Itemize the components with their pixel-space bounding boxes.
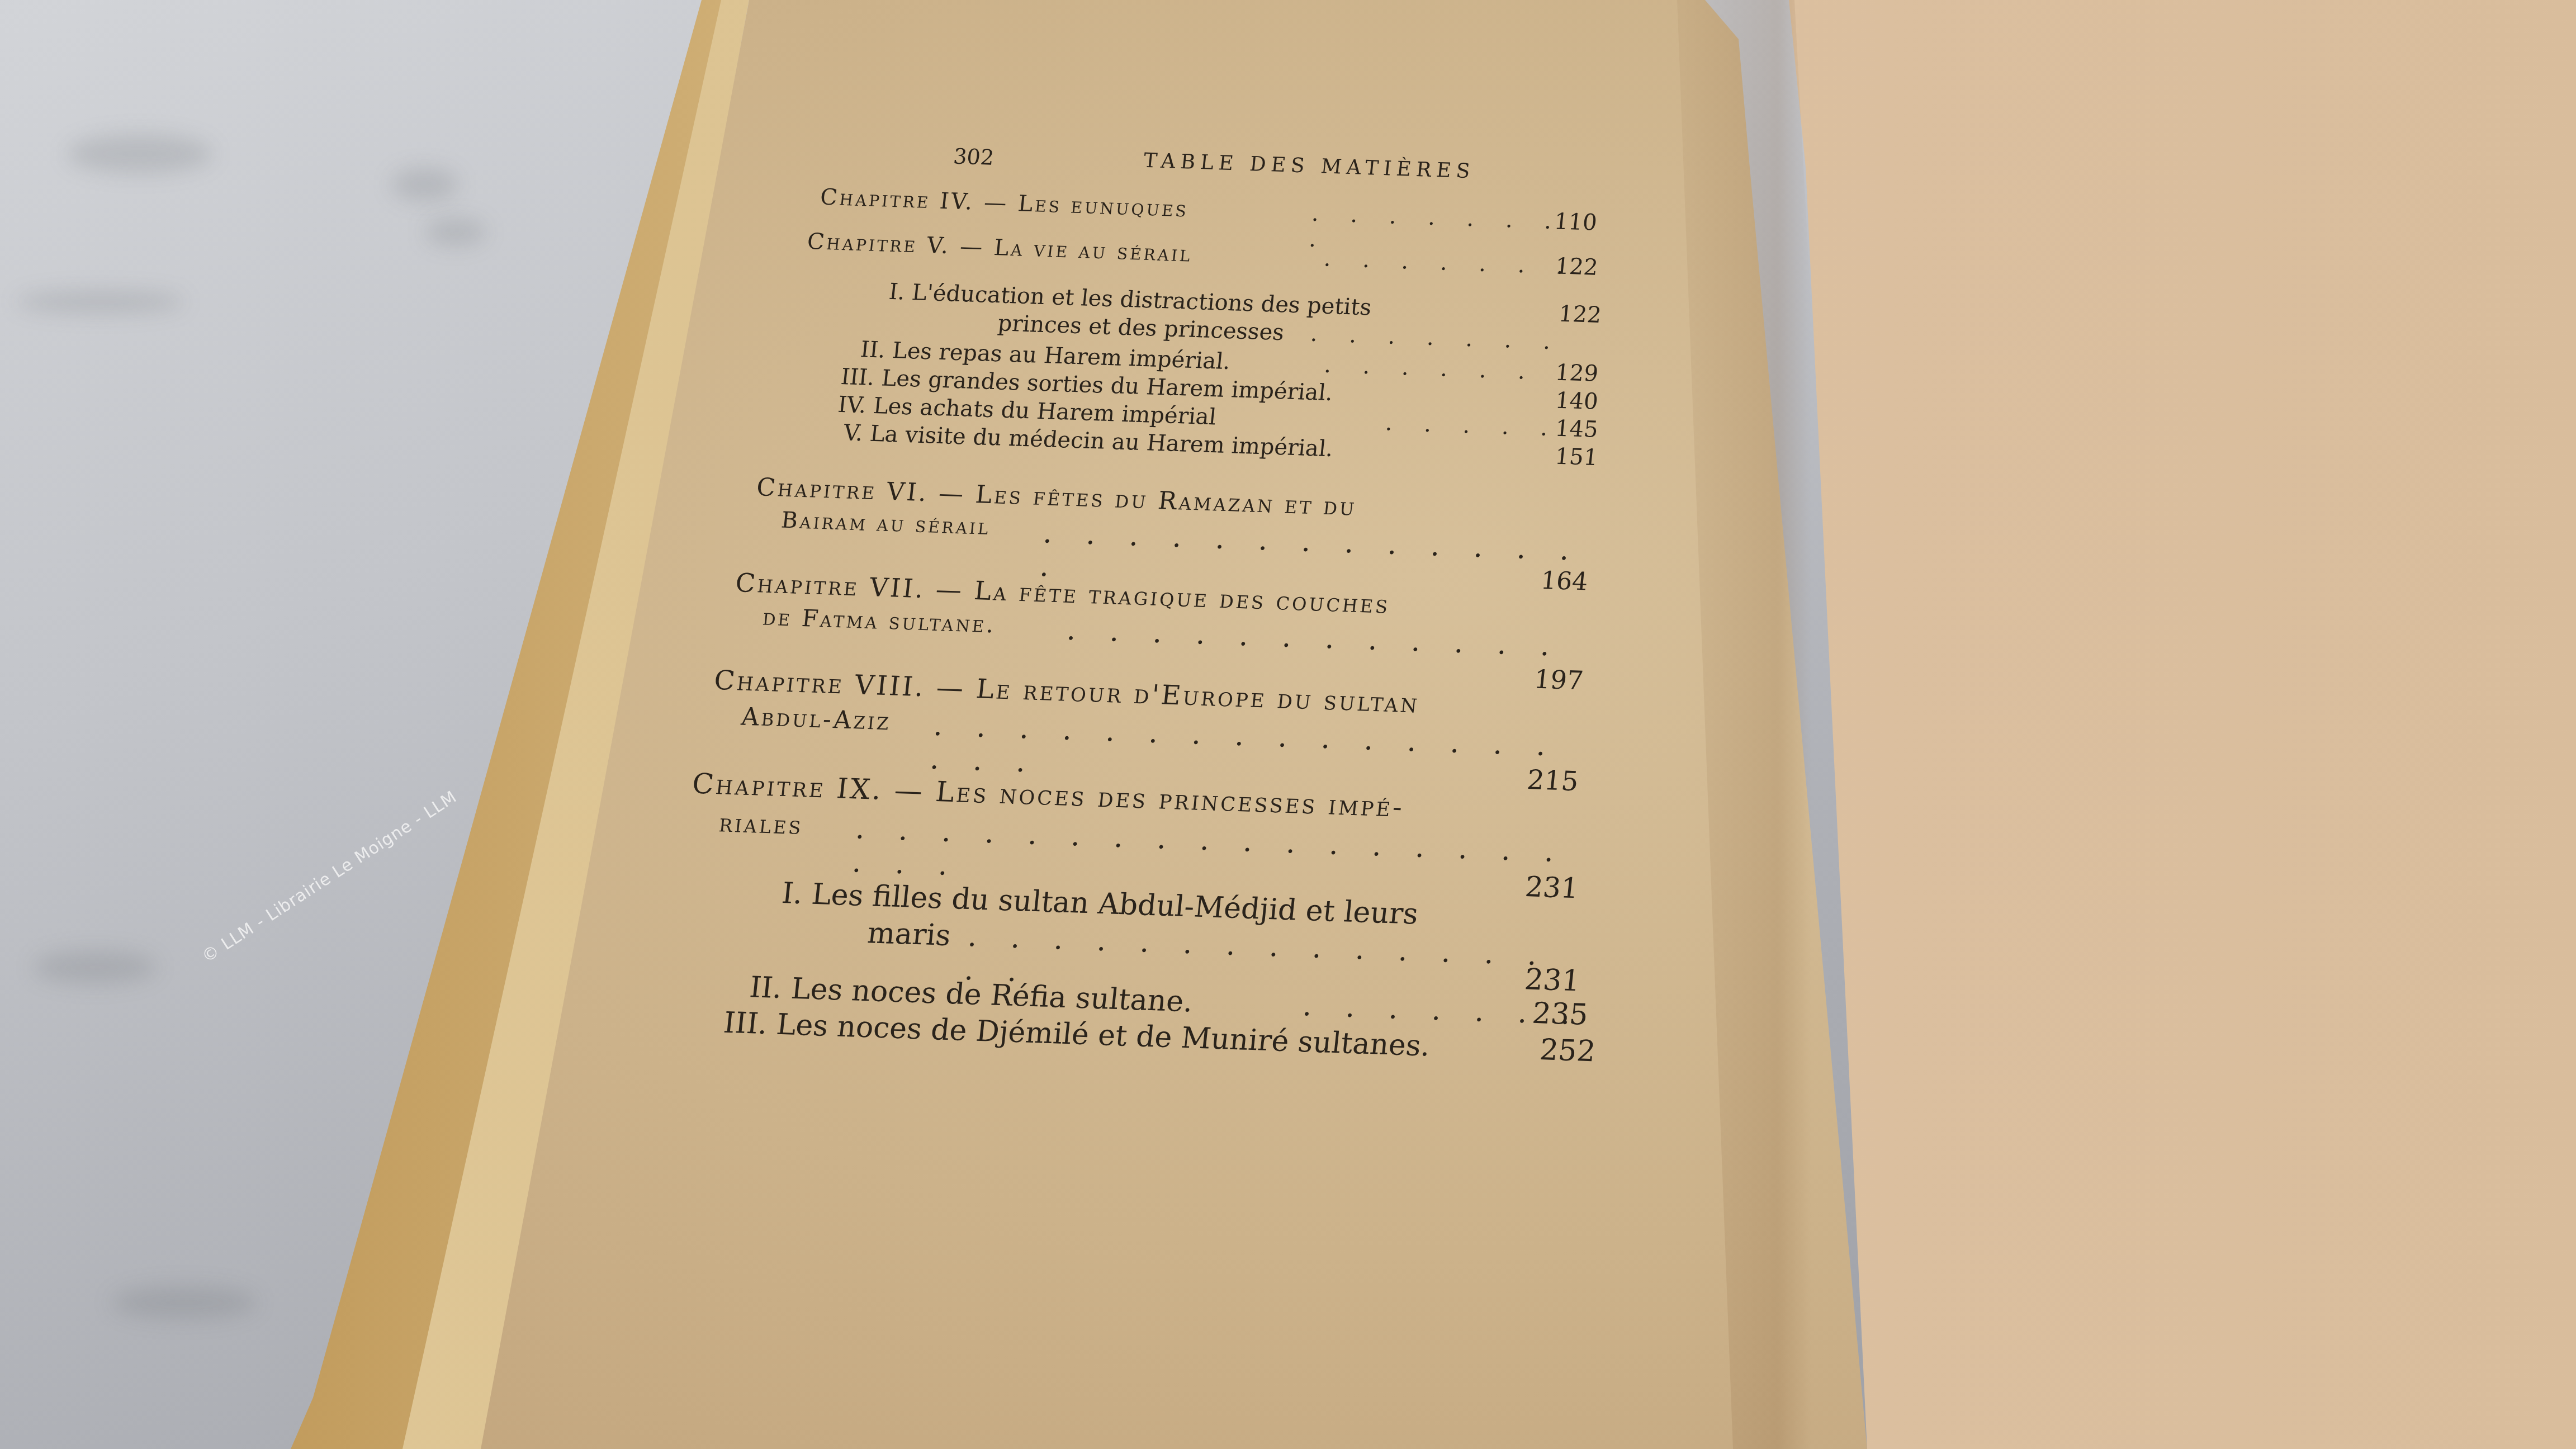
marble-vein — [17, 291, 184, 313]
toc-entry: Chapitre VI. — Les fêtes du Ramazan et d… — [750, 473, 1597, 584]
toc-entry-label-continued: maris — [866, 916, 953, 953]
toc-page-number: 231 — [1523, 963, 1581, 998]
toc-entry-label: Chapitre IV. — Les eunuques — [819, 184, 1190, 222]
toc-page-number: 129 — [1554, 359, 1599, 386]
marble-vein — [34, 950, 157, 984]
toc-page-number: 145 — [1554, 416, 1599, 443]
toc-page-number: 110 — [1553, 209, 1598, 235]
marble-vein — [425, 218, 486, 246]
toc-page-number: 151 — [1554, 444, 1599, 471]
toc-page-number: 215 — [1526, 764, 1580, 797]
toc-page-number: 122 — [1554, 253, 1599, 280]
toc-page-number: 140 — [1554, 388, 1599, 415]
toc-entry: Chapitre VIII. — Le retour d'Europe du s… — [707, 665, 1588, 783]
running-head: TABLE DES MATIÈRES — [1143, 149, 1476, 183]
toc-page-number: 252 — [1538, 1033, 1597, 1068]
marble-vein — [67, 134, 212, 173]
marble-vein — [112, 1286, 257, 1319]
toc-page-number: 164 — [1540, 566, 1589, 596]
toc-leader: . . . . . . . . . . . . — [1066, 613, 1564, 663]
toc-leader: . . . . . — [1384, 410, 1561, 441]
toc-page-number: 122 — [1557, 301, 1603, 328]
toc-page-number: 231 — [1523, 870, 1580, 905]
toc-entry-label-continued: Abdul-Aziz — [740, 703, 893, 736]
toc-entry-label-continued: riales — [718, 807, 805, 840]
toc-leader: . . . . . . . — [1309, 321, 1564, 355]
watermark: © LLM - Librairie Le Moigne - LLM — [198, 787, 461, 967]
toc-page-number: 235 — [1531, 997, 1589, 1032]
marble-vein — [391, 168, 458, 201]
toc-page-number: 197 — [1533, 664, 1585, 696]
page-number: 302 — [952, 144, 995, 170]
toc-entry-label-continued: de Fatma sultane. — [761, 603, 997, 638]
table-of-contents: 302 TABLE DES MATIÈRES Chapitre IV. — Le… — [724, 129, 1833, 1166]
toc-entry-label-continued: Bairam au sérail — [780, 508, 992, 540]
toc-entry-label: Chapitre V. — La vie au sérail — [806, 229, 1194, 267]
